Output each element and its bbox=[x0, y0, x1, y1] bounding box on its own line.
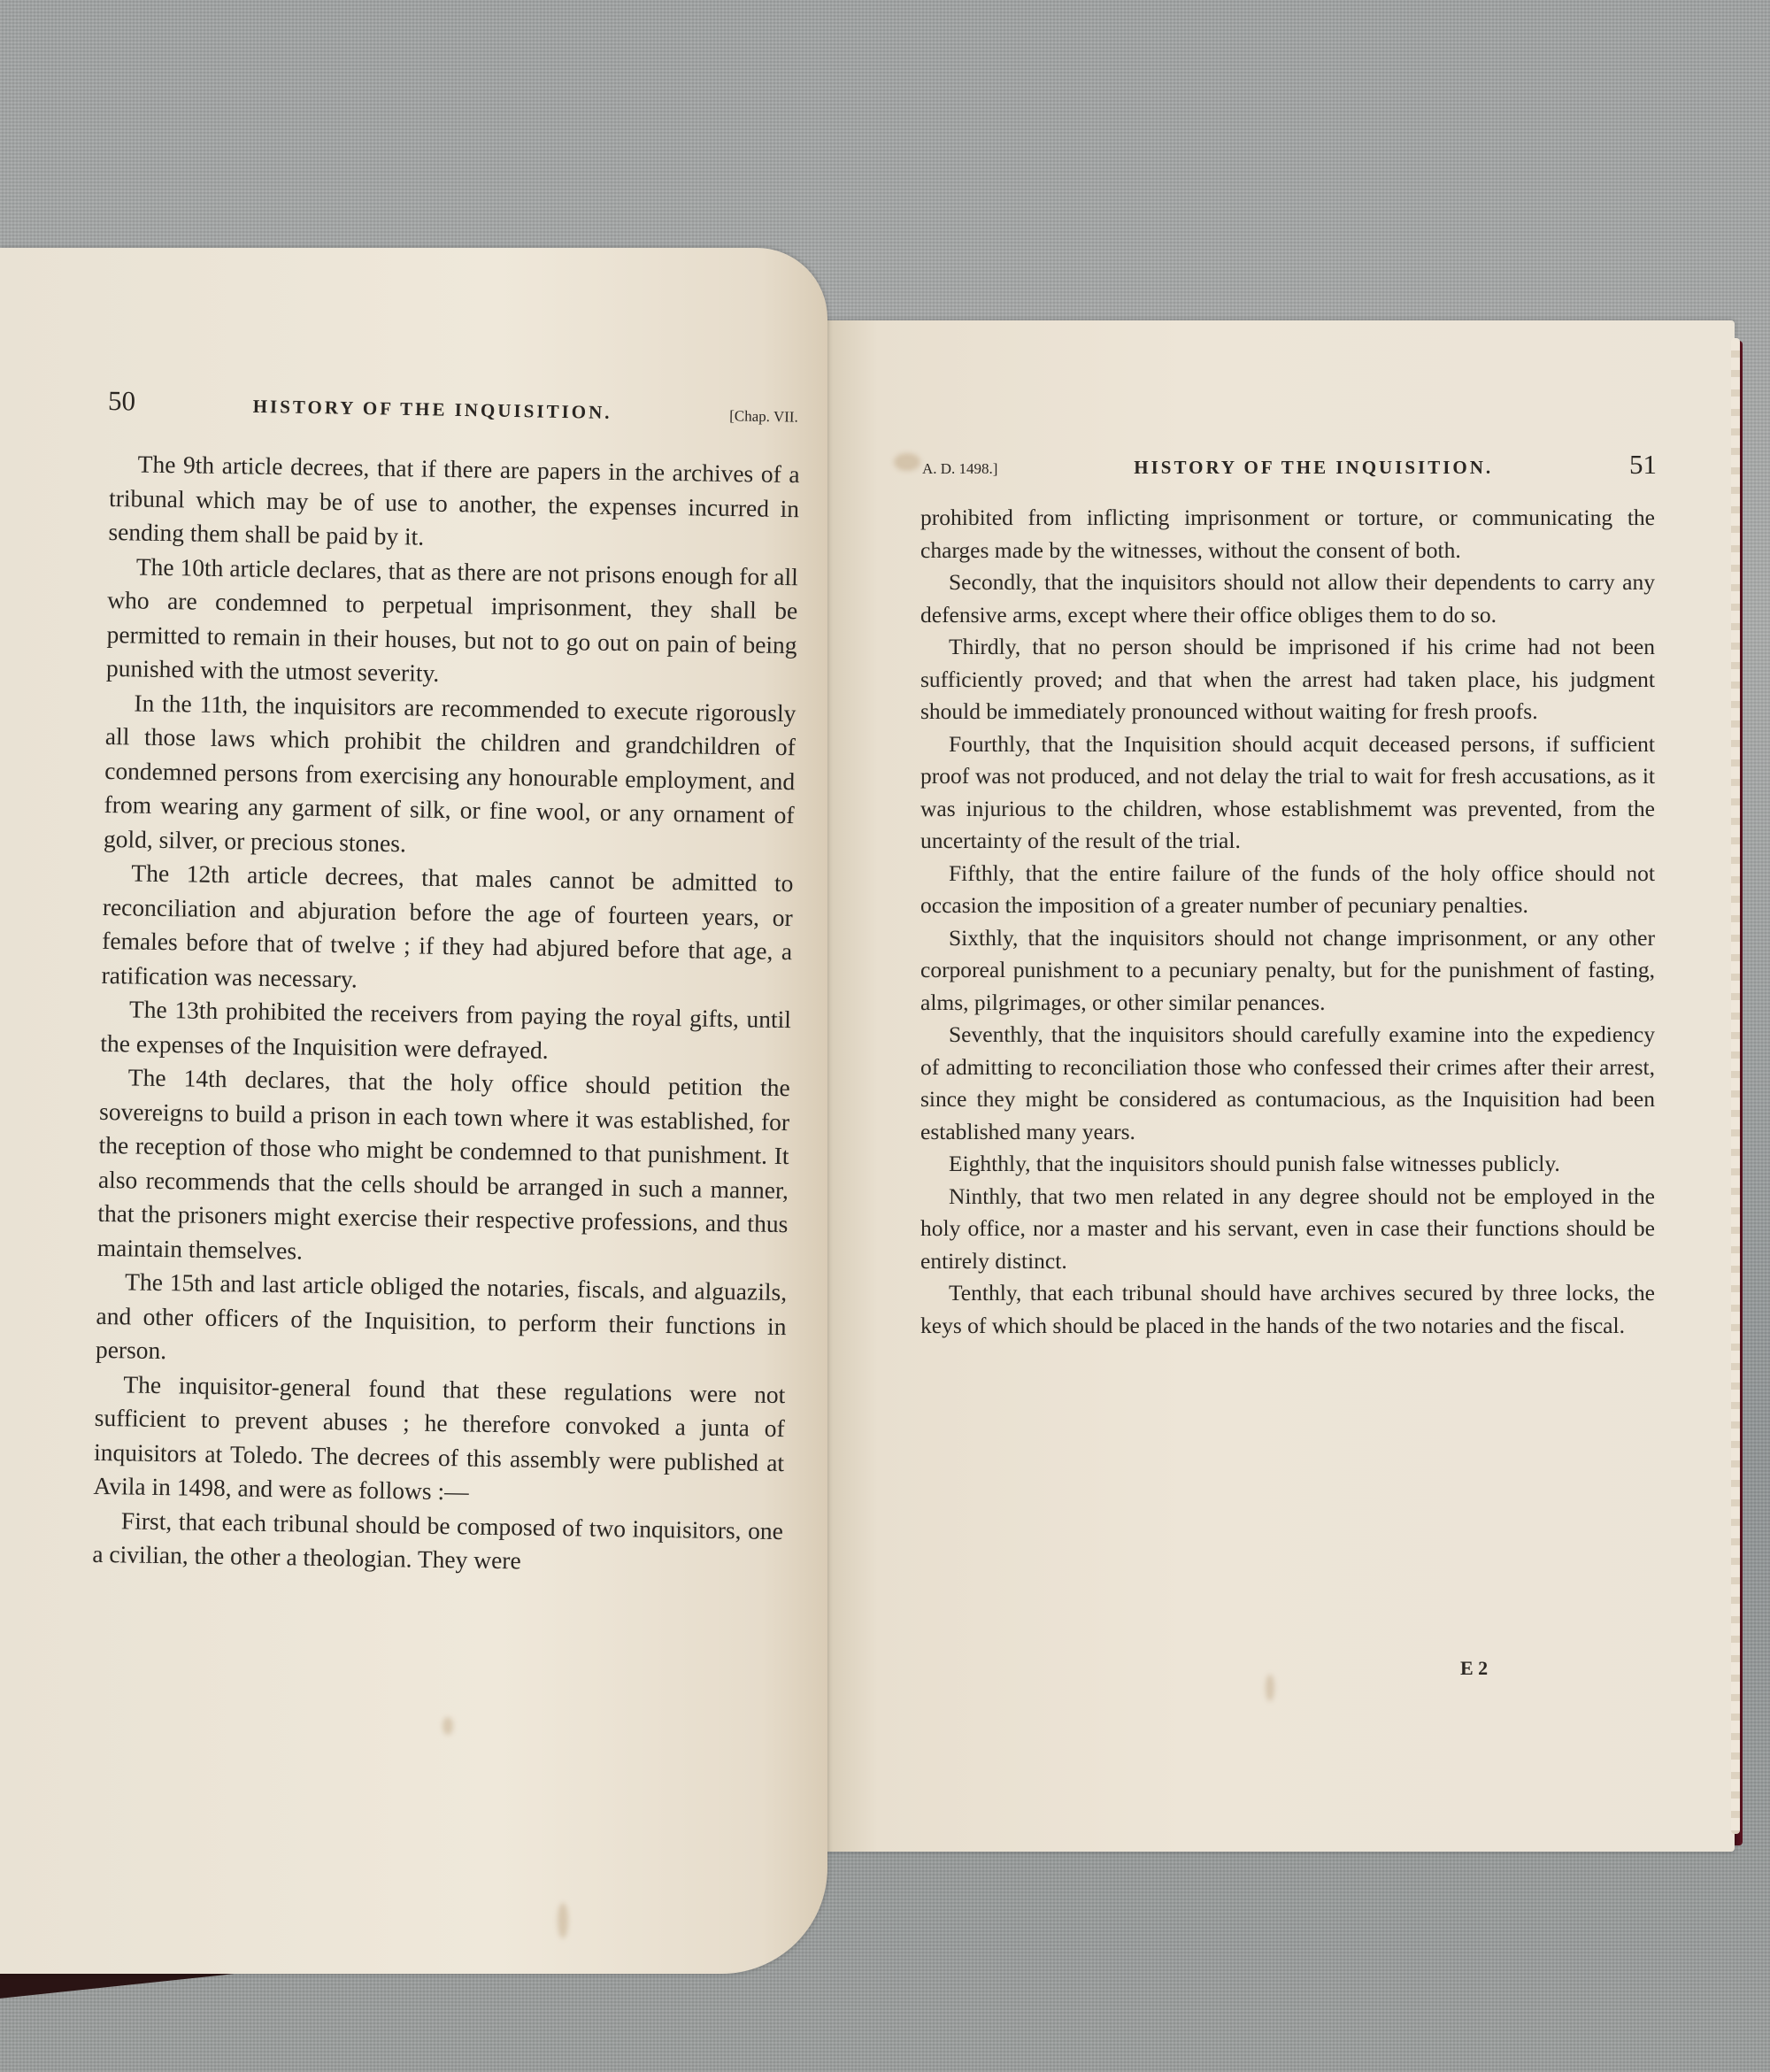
foxing-stain bbox=[442, 1717, 453, 1735]
paragraph: Ninthly, that two men related in any deg… bbox=[920, 1181, 1655, 1278]
chapter-note: [Chap. VII. bbox=[729, 407, 798, 426]
page-number: 51 bbox=[1629, 449, 1657, 481]
paragraph: Sixthly, that the inquisitors should not… bbox=[920, 922, 1655, 1020]
paragraph: Tenthly, that each tribunal should have … bbox=[920, 1277, 1655, 1342]
left-page-header: 50 HISTORY OF THE INQUISITION. [Chap. VI… bbox=[108, 385, 799, 429]
right-page-header: A. D. 1498.] HISTORY OF THE INQUISITION.… bbox=[922, 449, 1657, 481]
paragraph: The 9th article decrees, that if there a… bbox=[108, 447, 800, 560]
right-page: A. D. 1498.] HISTORY OF THE INQUISITION.… bbox=[823, 320, 1735, 1852]
paragraph: Thirdly, that no person should be impris… bbox=[920, 631, 1655, 728]
paragraph: Eighthly, that the inquisitors should pu… bbox=[920, 1148, 1655, 1181]
date-note: A. D. 1498.] bbox=[922, 460, 997, 478]
paragraph: Seventhly, that the inquisitors should c… bbox=[920, 1019, 1655, 1148]
signature-mark: E 2 bbox=[1460, 1657, 1488, 1680]
foxing-stain bbox=[894, 453, 920, 471]
paragraph: Secondly, that the inquisitors should no… bbox=[920, 566, 1655, 631]
paragraph: Fifthly, that the entire failure of the … bbox=[920, 858, 1655, 922]
paragraph: The 13th prohibited the receivers from p… bbox=[100, 992, 791, 1071]
foxing-stain bbox=[1266, 1675, 1274, 1701]
page-number: 50 bbox=[108, 385, 136, 418]
running-title: HISTORY OF THE INQUISITION. bbox=[997, 457, 1629, 479]
paragraph: The 10th article declares, that as there… bbox=[106, 549, 798, 696]
foxing-stain bbox=[558, 1903, 568, 1938]
running-title: HISTORY OF THE INQUISITION. bbox=[135, 394, 730, 427]
right-page-body: prohibited from inflicting imprisonment … bbox=[920, 502, 1655, 1342]
paragraph: In the 11th, the inquisitors are recomme… bbox=[104, 685, 796, 867]
paragraph: The 14th declares, that the holy office … bbox=[96, 1060, 790, 1275]
paragraph-continuation: prohibited from inflicting imprisonment … bbox=[920, 502, 1655, 566]
left-page-body: The 9th article decrees, that if there a… bbox=[92, 447, 800, 1583]
paragraph: Fourthly, that the Inquisition should ac… bbox=[920, 728, 1655, 858]
paragraph: First, that each tribunal should be comp… bbox=[92, 1503, 783, 1582]
paragraph: The 15th and last article obliged the no… bbox=[96, 1265, 788, 1378]
paragraph: The 12th article decrees, that males can… bbox=[101, 856, 793, 1003]
paragraph: The inquisitor-general found that these … bbox=[93, 1367, 785, 1514]
left-page: 50 HISTORY OF THE INQUISITION. [Chap. VI… bbox=[0, 248, 827, 1974]
